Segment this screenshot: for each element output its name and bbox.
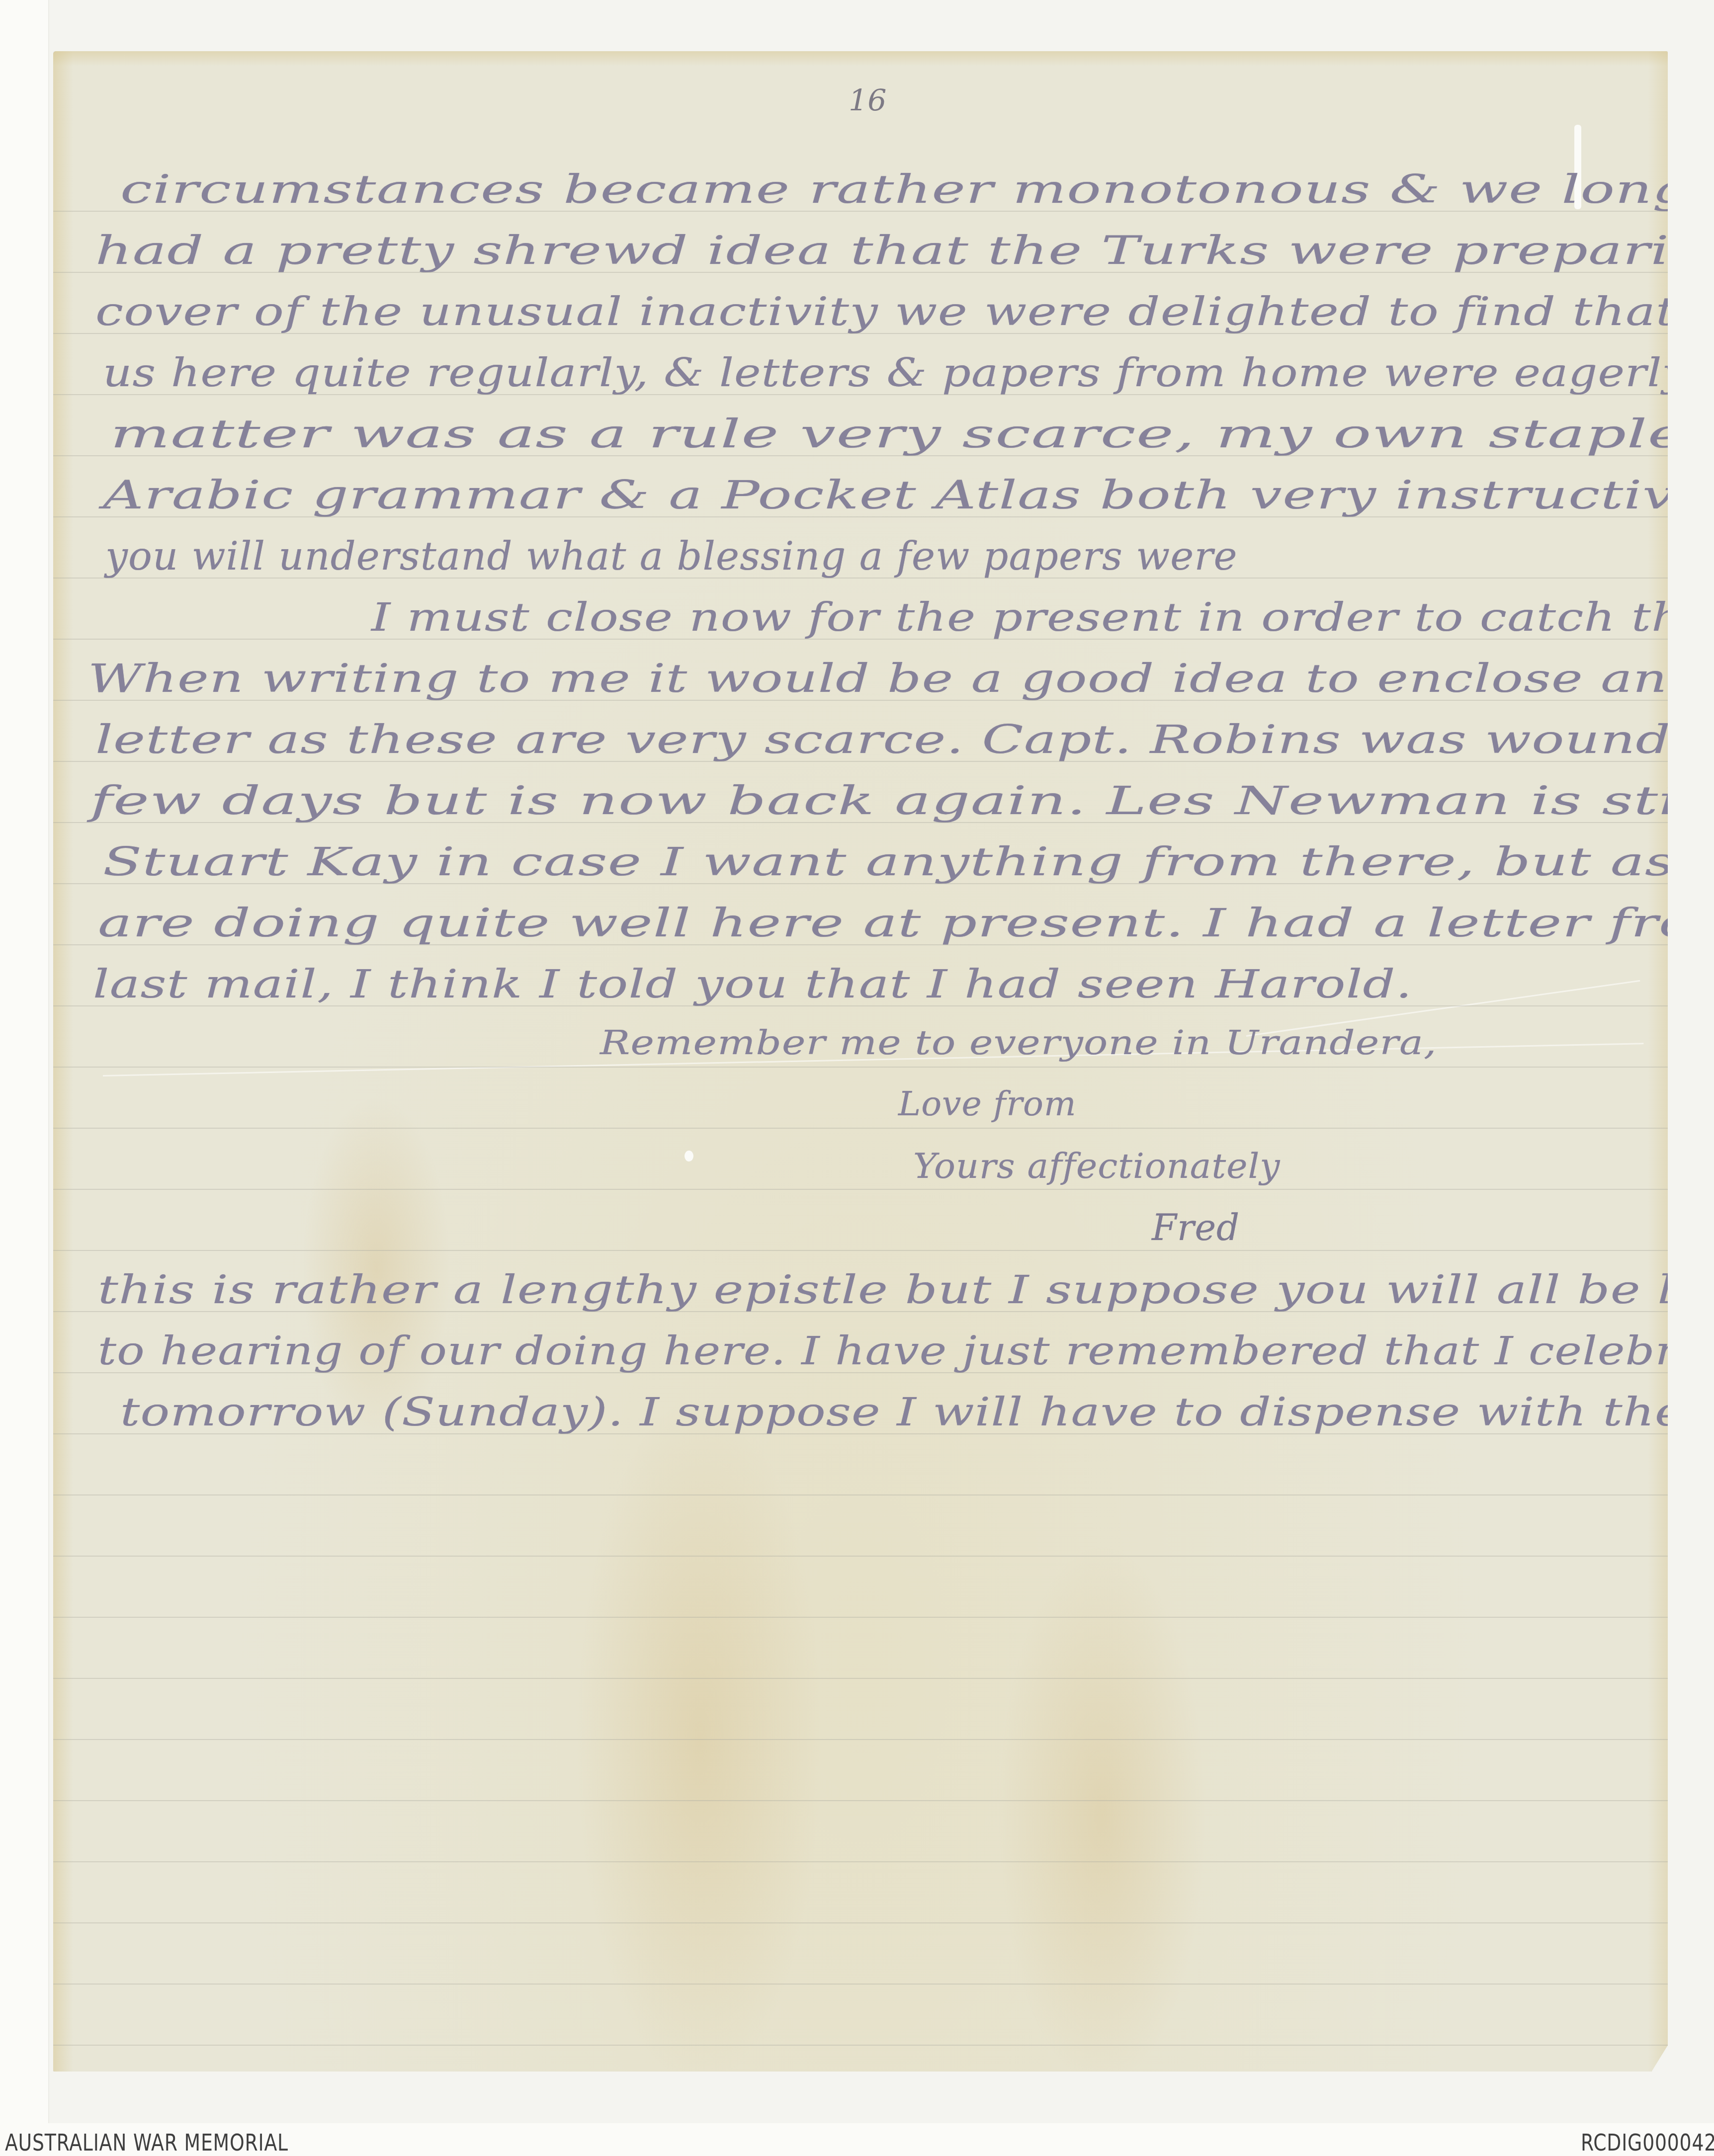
ruled-line xyxy=(53,455,1668,456)
ruled-line xyxy=(53,2045,1668,2046)
postscript-line-2: to hearing of our doing here. I have jus… xyxy=(98,1332,1714,1371)
closing-remember: Remember me to everyone in Urandera, xyxy=(600,1026,1437,1060)
ruled-line xyxy=(53,1678,1668,1679)
ruled-line xyxy=(53,1984,1668,1985)
ruled-line xyxy=(53,1372,1668,1373)
postscript-line-3: tomorrow (Sunday). I suppose I will have… xyxy=(120,1393,1714,1432)
ruled-line xyxy=(53,211,1668,212)
footer-record-id: RCDIG0000429 xyxy=(1581,2129,1714,2156)
closing-yours-affectionately: Yours affectionately xyxy=(913,1149,1281,1183)
letter-line-1: circumstances became rather monotonous &… xyxy=(120,170,1714,209)
letter-line-12: Stuart Kay in case I want anything from … xyxy=(103,843,1714,882)
ruled-line xyxy=(53,1433,1668,1434)
ruled-line xyxy=(53,1800,1668,1801)
letter-line-9: When writing to me it would be a good id… xyxy=(88,660,1714,698)
letter-line-7: you will understand what a blessing a fe… xyxy=(105,537,1238,576)
letter-line-10: letter as these are very scarce. Capt. R… xyxy=(95,721,1714,759)
ruled-line xyxy=(53,394,1668,395)
closing-love-from: Love from xyxy=(898,1087,1076,1121)
ruled-line xyxy=(53,272,1668,273)
ruled-line xyxy=(53,1494,1668,1495)
signature: Fred xyxy=(1152,1210,1240,1245)
ruled-line xyxy=(53,1922,1668,1923)
ruled-line xyxy=(53,944,1668,945)
ruled-line xyxy=(53,1861,1668,1862)
ruled-line xyxy=(53,1005,1668,1006)
ruled-line xyxy=(53,1556,1668,1557)
letter-line-13: are doing quite well here at present. I … xyxy=(98,904,1714,943)
footer-institution: AUSTRALIAN WAR MEMORIAL xyxy=(5,2129,288,2156)
ruled-line xyxy=(53,822,1668,823)
ruled-line xyxy=(53,883,1668,884)
letter-line-6: Arabic grammar & a Pocket Atlas both ver… xyxy=(103,476,1714,515)
ruled-line xyxy=(53,1067,1668,1068)
letter-line-2: had a pretty shrewd idea that the Turks … xyxy=(95,232,1714,270)
ruled-line xyxy=(53,516,1668,517)
letter-line-3: cover of the unusual inactivity we were … xyxy=(95,293,1714,332)
letter-line-11: few days but is now back again. Les Newm… xyxy=(90,782,1714,821)
letter-line-5: matter was as a rule very scarce, my own… xyxy=(110,415,1714,454)
ruled-line xyxy=(53,1189,1668,1190)
ruled-line xyxy=(53,1617,1668,1618)
letter-page: 16 circumstances became rather monotonou… xyxy=(53,51,1668,2072)
bleed-through-texture xyxy=(93,1458,1634,2054)
letter-line-14: last mail, I think I told you that I had… xyxy=(93,965,1412,1004)
letter-line-8: I must close now for the present in orde… xyxy=(371,598,1714,637)
ruled-line xyxy=(53,1311,1668,1312)
ruled-line xyxy=(53,639,1668,640)
ruled-line xyxy=(53,333,1668,334)
ruled-line xyxy=(53,1128,1668,1129)
ruled-line xyxy=(53,761,1668,762)
letter-line-4: us here quite regularly, & letters & pap… xyxy=(103,354,1714,393)
ruled-line xyxy=(53,1739,1668,1740)
postscript-line-1: this is rather a lengthy epistle but I s… xyxy=(98,1271,1714,1310)
ruled-line xyxy=(53,1250,1668,1251)
ruled-line xyxy=(53,578,1668,579)
ruled-line xyxy=(53,700,1668,701)
page-number: 16 xyxy=(849,83,886,118)
paper-hole xyxy=(685,1151,693,1161)
